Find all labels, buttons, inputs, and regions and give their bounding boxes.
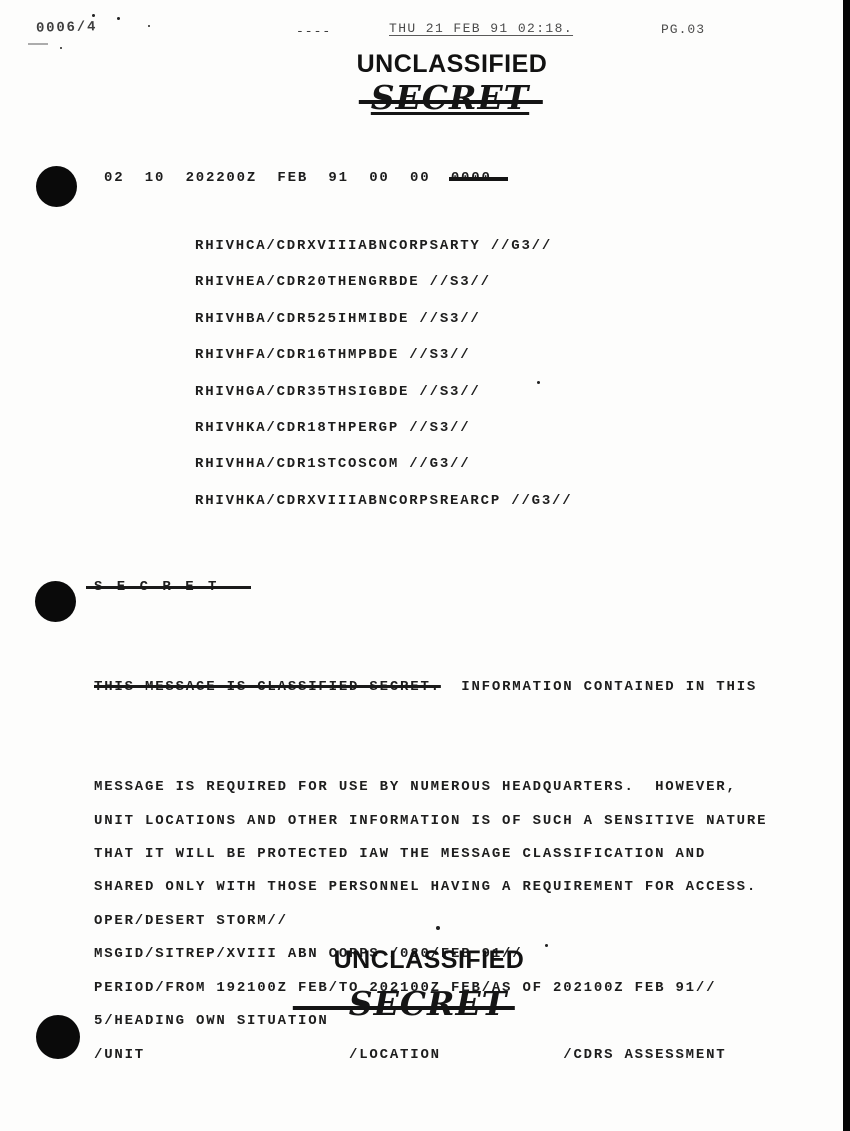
addressee-line: RHIVHHA/CDR1STCOSCOM //G3// xyxy=(195,446,572,482)
scan-speck xyxy=(60,47,62,49)
scan-speck xyxy=(117,17,120,20)
scan-speck xyxy=(436,926,440,930)
top-secret-stamp-struck: SECRET xyxy=(371,78,529,117)
routing-header-prefix: 02 10 202200Z FEB 91 00 00 xyxy=(104,170,451,186)
scan-speck xyxy=(537,381,540,384)
addressee-line: RHIVHKA/CDR18THPERGP //S3// xyxy=(195,410,572,446)
message-body: S E C R E T THIS MESSAGE IS CLASSIFIED S… xyxy=(94,504,767,1131)
corner-scan-mark: 0006/4 xyxy=(36,19,98,37)
addressee-line: RHIVHGA/CDR35THSIGBDE //S3// xyxy=(195,374,572,410)
body-line: SHARED ONLY WITH THOSE PERSONNEL HAVING … xyxy=(94,871,767,904)
classification-sentence-line: THIS MESSAGE IS CLASSIFIED SECRET. INFOR… xyxy=(94,671,767,704)
routing-header-line: 02 10 202200Z FEB 91 00 00 0000 xyxy=(104,171,492,186)
corner-scan-smudge xyxy=(28,43,48,45)
punch-hole-top xyxy=(36,166,77,207)
body-line: UNIT LOCATIONS AND OTHER INFORMATION IS … xyxy=(94,805,767,838)
scan-edge-bar xyxy=(843,0,850,1131)
classification-marking-line: S E C R E T xyxy=(94,571,767,604)
classification-sentence-rest: INFORMATION CONTAINED IN THIS xyxy=(441,679,757,695)
scanned-document-page: 0006/4 ---- THU 21 FEB 91 02:18. PG.03 U… xyxy=(0,0,850,1131)
fax-header-page-number: PG.03 xyxy=(661,22,705,37)
fax-header-dashes: ---- xyxy=(296,24,331,39)
body-line: OPER/DESERT STORM// xyxy=(94,905,767,938)
body-line: MESSAGE IS REQUIRED FOR USE BY NUMEROUS … xyxy=(94,771,767,804)
body-paragraph-lines: MESSAGE IS REQUIRED FOR USE BY NUMEROUS … xyxy=(94,771,767,1072)
addressee-line: RHIVHEA/CDR20THENGRBDE //S3// xyxy=(195,264,572,300)
scan-speck xyxy=(92,14,95,17)
top-unclassified-stamp: UNCLASSIFIED xyxy=(357,50,548,79)
bottom-secret-stamp-struck: SECRET xyxy=(349,984,507,1023)
bottom-secret-stamp-text: SECRET xyxy=(349,984,507,1023)
top-secret-stamp-text: SECRET xyxy=(371,78,529,117)
struck-classification-sentence: THIS MESSAGE IS CLASSIFIED SECRET. xyxy=(94,679,441,695)
punch-hole-middle xyxy=(35,581,76,622)
struck-secret-marking: S E C R E T xyxy=(94,571,219,604)
punch-hole-bottom xyxy=(36,1015,80,1059)
addressee-line: RHIVHFA/CDR16THMPBDE //S3// xyxy=(195,337,572,373)
routing-header-struck-group: 0000 xyxy=(451,171,492,186)
scan-speck xyxy=(148,25,150,27)
scan-speck xyxy=(545,944,548,947)
bottom-unclassified-stamp: UNCLASSIFIED xyxy=(334,946,525,975)
body-line: /UNIT /LOCATION /CDRS ASSESSMENT xyxy=(94,1039,767,1072)
fax-header-timestamp: THU 21 FEB 91 02:18. xyxy=(389,21,573,36)
body-line: THAT IT WILL BE PROTECTED IAW THE MESSAG… xyxy=(94,838,767,871)
addressee-list: RHIVHCA/CDRXVIIIABNCORPSARTY //G3//RHIVH… xyxy=(195,228,572,519)
addressee-line: RHIVHCA/CDRXVIIIABNCORPSARTY //G3// xyxy=(195,228,572,264)
addressee-line: RHIVHBA/CDR525IHMIBDE //S3// xyxy=(195,301,572,337)
